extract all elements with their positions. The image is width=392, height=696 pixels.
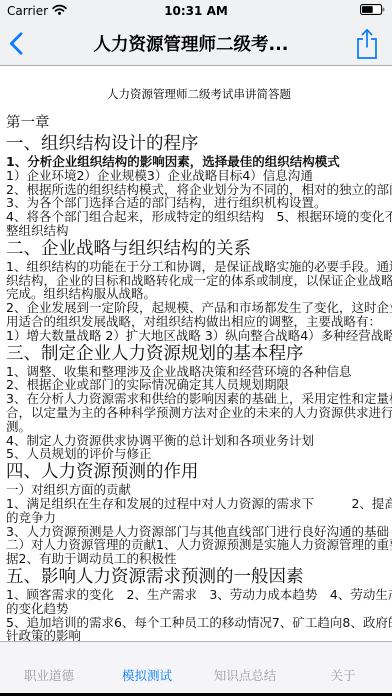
- doc-line: 据2、有助于调动员工的积极性: [6, 552, 392, 566]
- doc-line: 1、组织结构的功能在于分工和协调，是保证战略实施的必要手段。通过组: [6, 260, 392, 274]
- doc-line: 2、企业发展到一定阶段，起规模、产品和市场都发生了变化，这时企业采: [6, 301, 392, 315]
- doc-line: 4、将各个部门组合起来，形成特定的组织结构 5、根据环境的变化不断调: [6, 210, 392, 224]
- share-icon: [354, 45, 380, 64]
- carrier-label: Carrier: [7, 4, 48, 18]
- tab-zhishidian-zongjie[interactable]: 知识点总结: [196, 642, 294, 693]
- tab-moni-ceshi[interactable]: 模拟测试: [98, 642, 196, 693]
- nav-bar: 人力资源管理师二级考...: [0, 21, 392, 66]
- page-title: 人力资源管理师二级考...: [40, 21, 342, 65]
- back-button[interactable]: [9, 32, 29, 56]
- section-heading: 三、制定企业人力资源规划的基本程序: [6, 343, 392, 365]
- tab-bar: 职业道德模拟测试知识点总结关于: [0, 641, 392, 693]
- wifi-icon: [52, 4, 67, 18]
- doc-line: 1、满足组织在生存和发展的过程中对人力资源的需求下 2、提高组织: [6, 497, 392, 511]
- doc-line: 二）对人力资源管理的贡献1、人力资源预测是实施人力资源管理的重要依: [6, 538, 392, 552]
- section-heading: 一、组织结构设计的程序: [6, 133, 392, 155]
- tab-guanyu[interactable]: 关于: [294, 642, 392, 693]
- doc-line: 4、制定人力资源供求协调平衡的总计划和各项业务计划: [6, 434, 392, 448]
- doc-line: 第一章: [6, 113, 392, 133]
- doc-line: 织结构，企业的目标和战略转化成一定的体系或制度，以保证企业战略的: [6, 274, 392, 288]
- doc-line: 3、人力资源预测是人力资源部门与其他直线部门进行良好沟通的基础: [6, 525, 392, 539]
- tab-label: 知识点总结: [214, 666, 277, 684]
- doc-line: 1）企业环境2）企业规模3）企业战略目标4）信息沟通: [6, 169, 392, 183]
- status-bar: Carrier 10:31 AM: [0, 0, 392, 21]
- section-heading: 四、人力资源预测的作用: [6, 461, 392, 483]
- chevron-left-icon: [9, 40, 23, 59]
- doc-line: 1、调整、收集和整理涉及企业战略决策和经营环境的各种信息: [6, 365, 392, 379]
- doc-line: 1、分析企业组织结构的影响因素，选择最佳的组织结构模式: [6, 155, 392, 169]
- doc-line: 3、为各个部门选择合适的部门结构，进行组织机构设置。: [6, 196, 392, 210]
- doc-line: 的变化趋势: [6, 602, 392, 616]
- doc-line: 合，以定量为主的各种科学预测方法对企业的未来的人力资源供求进行预: [6, 406, 392, 420]
- tab-label: 模拟测试: [122, 666, 172, 684]
- doc-line: 1）增大数量战略 2）扩大地区战略 3）纵向整合战略4）多种经营战略: [6, 329, 392, 343]
- doc-line: 5、追加培训的需求6、每个工种员工的移动情况7、矿工趋向8、政府的方: [6, 616, 392, 630]
- doc-line: 2、根据企业或部门的实际情况确定其人员规划期限: [6, 378, 392, 392]
- doc-line: 2、根据所选的组织结构模式，将企业划分为不同的，相对的独立的部门。: [6, 183, 392, 197]
- status-left: Carrier: [7, 4, 67, 18]
- document-title: 人力资源管理师二级考试串讲简答题: [6, 86, 392, 102]
- share-button[interactable]: [354, 28, 380, 60]
- section-heading: 二、企业战略与组织结构的关系: [6, 238, 392, 260]
- battery-icon: [360, 4, 385, 18]
- status-right: [360, 4, 385, 18]
- app-screen: Carrier 10:31 AM: [0, 0, 392, 696]
- tab-label: 关于: [330, 666, 355, 684]
- doc-line: 的竞争力: [6, 511, 392, 525]
- doc-line: 一）对组织方面的贡献: [6, 483, 392, 497]
- doc-line: 测。: [6, 420, 392, 434]
- doc-line: 1、顾客需求的变化 2、生产需求 3、劳动力成本趋势 4、劳动生产率: [6, 588, 392, 602]
- tab-label: 职业道德: [24, 666, 74, 684]
- document-body: 第一章一、组织结构设计的程序1、分析企业组织结构的影响因素，选择最佳的组织结构模…: [6, 113, 392, 657]
- section-heading: 五、影响人力资源需求预测的一般因素: [6, 566, 392, 588]
- document-view[interactable]: 人力资源管理师二级考试串讲简答题 第一章一、组织结构设计的程序1、分析企业组织结…: [0, 67, 392, 696]
- doc-line: 完成。组织结构服从战略。: [6, 287, 392, 301]
- doc-line: 5、人员规划的评价与修正: [6, 447, 392, 461]
- doc-line: 3、在分析人力资源需求和供给的影响因素的基础上，采用定性和定量相结: [6, 392, 392, 406]
- doc-line: 用适合的组织发展战略，对组织结构做出相应的调整，主要战略有：: [6, 315, 392, 329]
- tab-zhiye-daode[interactable]: 职业道德: [0, 642, 98, 693]
- doc-line: 整组织结构: [6, 224, 392, 238]
